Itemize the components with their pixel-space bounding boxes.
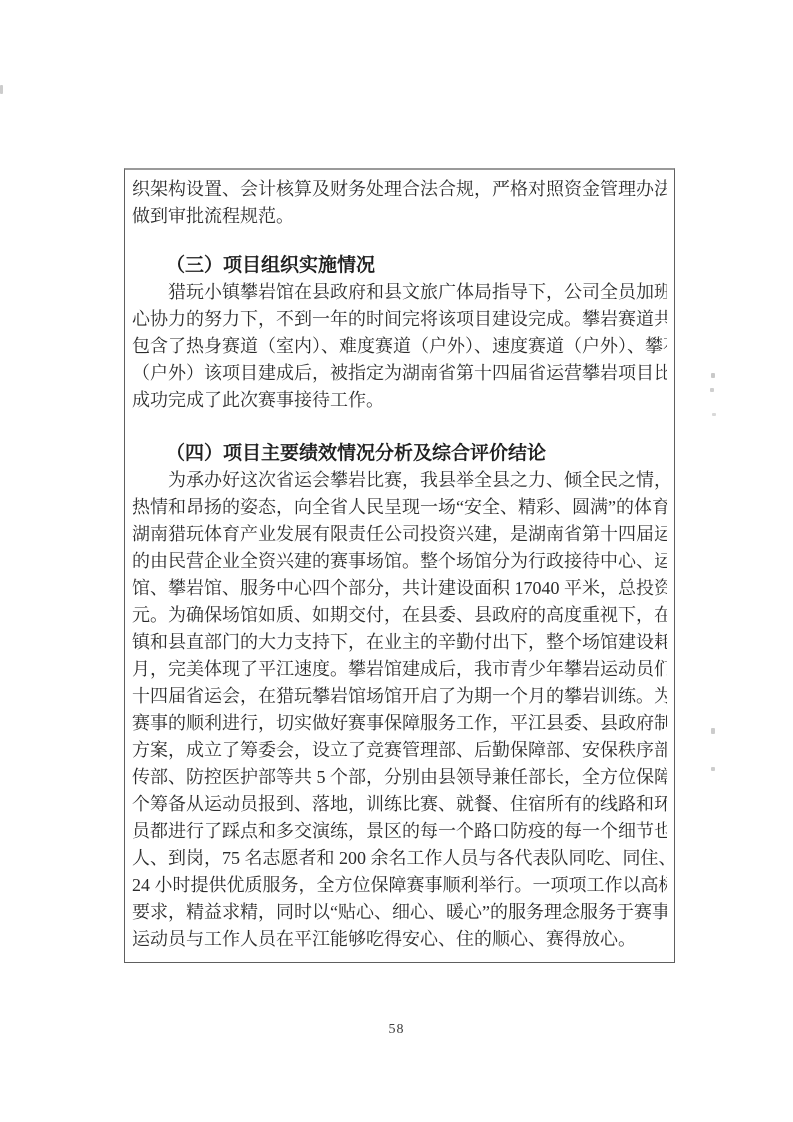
text-line: 运动员与工作人员在平江能够吃得安心、住的顺心、赛得放心。 — [132, 926, 667, 953]
text-line: 湖南猎玩体育产业发展有限责任公司投资兴建，是湖南省第十四届运动会唯一 — [132, 521, 667, 548]
text-line: 传部、防控医护部等共 5 个部，分别由县领导兼任部长，全方位保障赛事。整 — [132, 764, 667, 791]
text-line: 员都进行了踩点和多交演练，景区的每一个路口防疫的每一个细节也落实到 — [132, 818, 667, 845]
text-line: 做到审批流程规范。 — [132, 203, 667, 230]
scan-artifact-dot — [711, 373, 715, 378]
text-line: 包含了热身赛道（室内）、难度赛道（户外）、速度赛道（户外）、攀石赛道 — [132, 333, 667, 360]
text-line: 元。为确保场馆如质、如期交付，在县委、县政府的高度重视下，在各有关乡 — [132, 602, 667, 629]
text-line: 方案，成立了筹委会，设立了竞赛管理部、后勤保障部、安保秩序部、新闻宣 — [132, 737, 667, 764]
text-line: 为承办好这次省运会攀岩比赛，我县举全县之力、倾全民之情，以饱满的 — [132, 467, 667, 494]
text-line: 镇和县直部门的大力支持下，在业主的辛勤付出下，整个场馆建设耗时仅 6 个 — [132, 629, 667, 656]
text-line: 织架构设置、会计核算及财务处理合法合规，严格对照资金管理办法专款专用， — [132, 176, 667, 203]
text-line: 热情和昂扬的姿态，向全省人民呈现一场“安全、精彩、圆满”的体育盛会。 — [132, 494, 667, 521]
scan-artifact-dot — [711, 728, 715, 734]
text-line: 赛事的顺利进行，切实做好赛事保障服务工作，平江县委、县政府制定了工作 — [132, 710, 667, 737]
document-page: 织架构设置、会计核算及财务处理合法合规，严格对照资金管理办法专款专用，做到审批流… — [0, 0, 793, 1122]
text-line: 人、到岗，75 名志愿者和 200 余名工作人员与各代表队同吃、同住、同行， — [132, 845, 667, 872]
section-3-heading: （三）项目组织实施情况 — [132, 252, 667, 279]
text-line: 月，完美体现了平江速度。攀岩馆建成后，我市青少年攀岩运动员们为迎接第 — [132, 656, 667, 683]
scan-artifact-dot — [711, 767, 715, 771]
scan-artifact-dot — [710, 388, 714, 392]
text-line: 心协力的努力下，不到一年的时间完将该项目建设完成。攀岩赛道共分为四个， — [132, 306, 667, 333]
scan-artifact-dot — [712, 413, 716, 416]
text-line: 的由民营企业全资兴建的赛事场馆。整个场馆分为行政接待中心、运动员训练 — [132, 548, 667, 575]
content-border-box: 织架构设置、会计核算及财务处理合法合规，严格对照资金管理办法专款专用，做到审批流… — [124, 168, 675, 963]
section-4-heading: （四）项目主要绩效情况分析及综合评价结论 — [132, 440, 667, 467]
text-line: （户外）该项目建成后，被指定为湖南省第十四届省运营攀岩项目比赛场地， — [132, 360, 667, 387]
text-line: 十四届省运会，在猎玩攀岩馆场馆开启了为期一个月的攀岩训练。为确保场馆 — [132, 683, 667, 710]
page-number: 58 — [0, 1022, 793, 1038]
text-line: 要求，精益求精，同时以“贴心、细心、暖心”的服务理念服务于赛事。确保 — [132, 899, 667, 926]
text-line: 猎玩小镇攀岩馆在县政府和县文旅广体局指导下，公司全员加班加点，齐 — [132, 279, 667, 306]
text-line: 馆、攀岩馆、服务中心四个部分，共计建设面积 17040 平米，总投资 4200 … — [132, 575, 667, 602]
section-4-paragraph: 为承办好这次省运会攀岩比赛，我县举全县之力、倾全民之情，以饱满的热情和昂扬的姿态… — [132, 467, 667, 953]
text-line: 个筹备从运动员报到、落地，训练比赛、就餐、住宿所有的线路和环节工作人 — [132, 791, 667, 818]
section-3-paragraph: 猎玩小镇攀岩馆在县政府和县文旅广体局指导下，公司全员加班加点，齐心协力的努力下，… — [132, 279, 667, 414]
text-line: 成功完成了此次赛事接待工作。 — [132, 387, 667, 414]
text-line: 24 小时提供优质服务，全方位保障赛事顺利举行。一项项工作以高标准、严 — [132, 872, 667, 899]
scan-artifact-dot — [0, 85, 3, 94]
intro-paragraph: 织架构设置、会计核算及财务处理合法合规，严格对照资金管理办法专款专用，做到审批流… — [132, 176, 667, 230]
